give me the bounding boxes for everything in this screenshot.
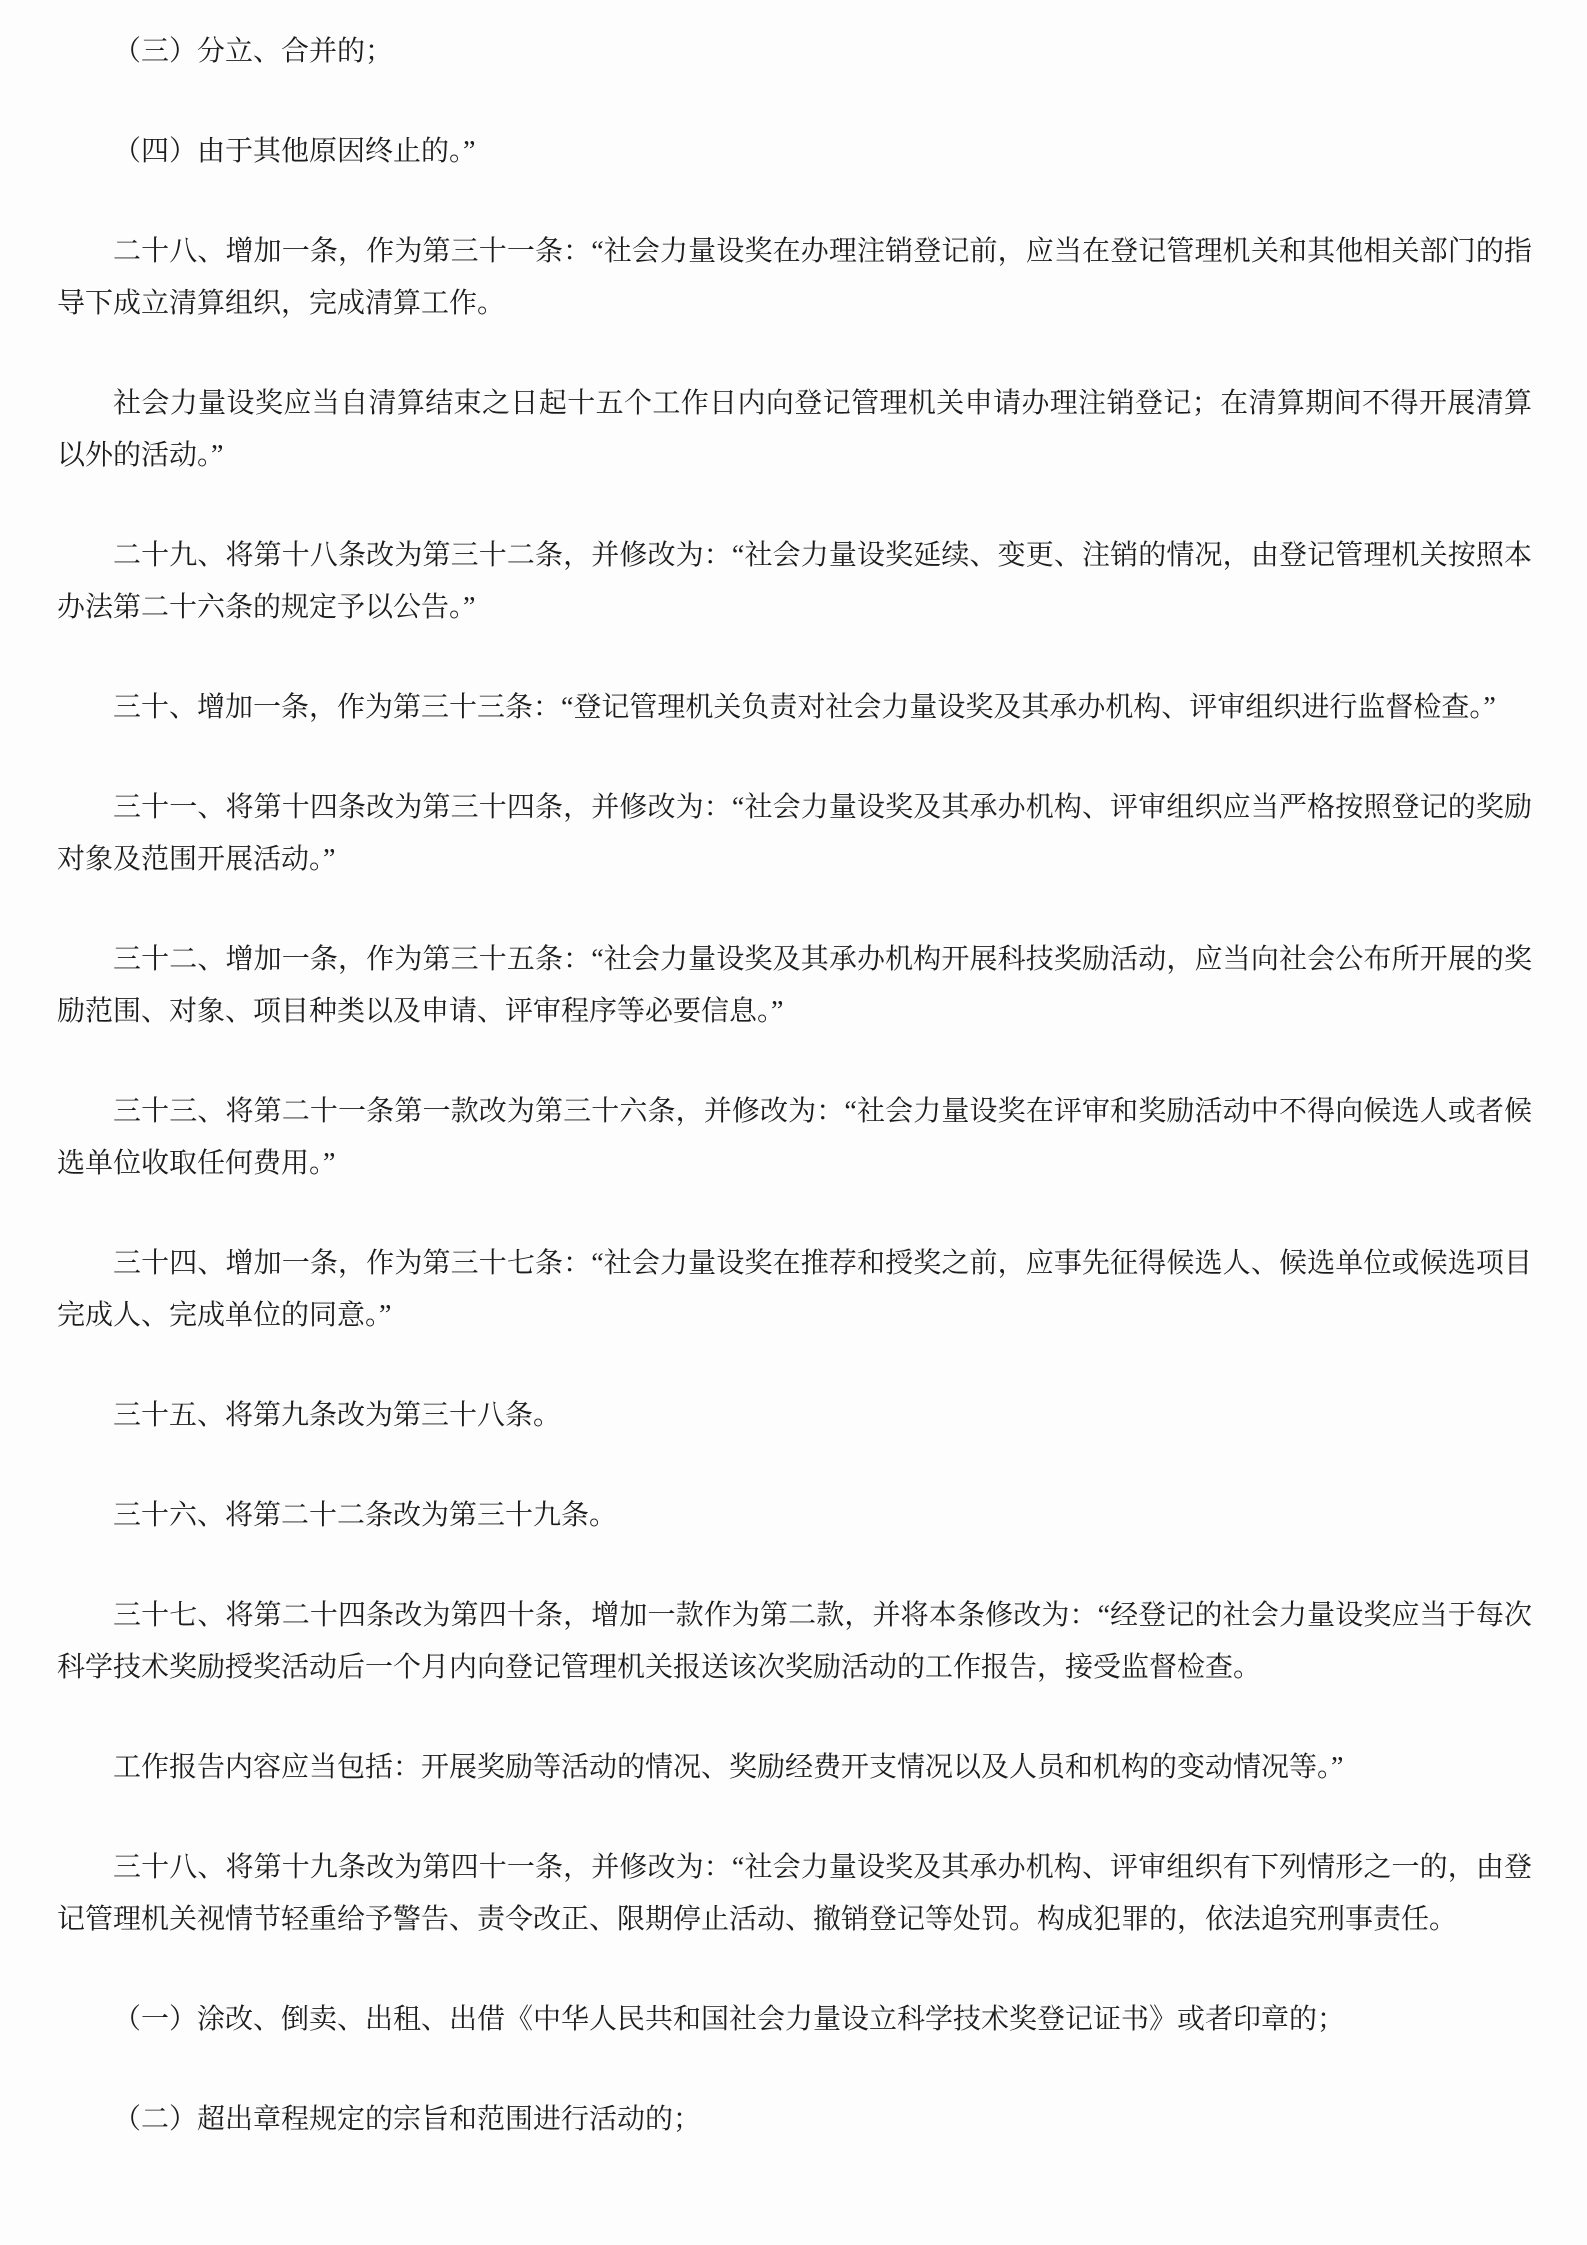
paragraph-article-28: 二十八、增加一条，作为第三十一条：“社会力量设奖在办理注销登记前，应当在登记管理… (57, 226, 1532, 330)
paragraph-article-31: 三十一、将第十四条改为第三十四条，并修改为：“社会力量设奖及其承办机构、评审组织… (57, 782, 1532, 886)
paragraph-item-3: （三）分立、合并的； (57, 26, 1532, 78)
paragraph-article-35: 三十五、将第九条改为第三十八条。 (57, 1390, 1532, 1442)
paragraph-article-37: 三十七、将第二十四条改为第四十条，增加一款作为第二款，并将本条修改为：“经登记的… (57, 1590, 1532, 1694)
paragraph-item-4: （四）由于其他原因终止的。” (57, 126, 1532, 178)
paragraph-article-38: 三十八、将第十九条改为第四十一条，并修改为：“社会力量设奖及其承办机构、评审组织… (57, 1842, 1532, 1946)
paragraph-article-36: 三十六、将第二十二条改为第三十九条。 (57, 1490, 1532, 1542)
paragraph-work-report: 工作报告内容应当包括：开展奖励等活动的情况、奖励经费开支情况以及人员和机构的变动… (57, 1742, 1532, 1794)
paragraph-article-28-continued: 社会力量设奖应当自清算结束之日起十五个工作日内向登记管理机关申请办理注销登记；在… (57, 378, 1532, 482)
paragraph-article-29: 二十九、将第十八条改为第三十二条，并修改为：“社会力量设奖延续、变更、注销的情况… (57, 530, 1532, 634)
paragraph-article-30: 三十、增加一条，作为第三十三条：“登记管理机关负责对社会力量设奖及其承办机构、评… (57, 682, 1532, 734)
document-body: （三）分立、合并的； （四）由于其他原因终止的。” 二十八、增加一条，作为第三十… (57, 26, 1532, 2146)
paragraph-article-32: 三十二、增加一条，作为第三十五条：“社会力量设奖及其承办机构开展科技奖励活动，应… (57, 934, 1532, 1038)
paragraph-item-1: （一）涂改、倒卖、出租、出借《中华人民共和国社会力量设立科学技术奖登记证书》或者… (57, 1994, 1532, 2046)
paragraph-article-34: 三十四、增加一条，作为第三十七条：“社会力量设奖在推荐和授奖之前，应事先征得候选… (57, 1238, 1532, 1342)
page: { "document": { "language": "zh-CN", "te… (0, 0, 1587, 2245)
paragraph-article-33: 三十三、将第二十一条第一款改为第三十六条，并修改为：“社会力量设奖在评审和奖励活… (57, 1086, 1532, 1190)
paragraph-item-2: （二）超出章程规定的宗旨和范围进行活动的； (57, 2094, 1532, 2146)
